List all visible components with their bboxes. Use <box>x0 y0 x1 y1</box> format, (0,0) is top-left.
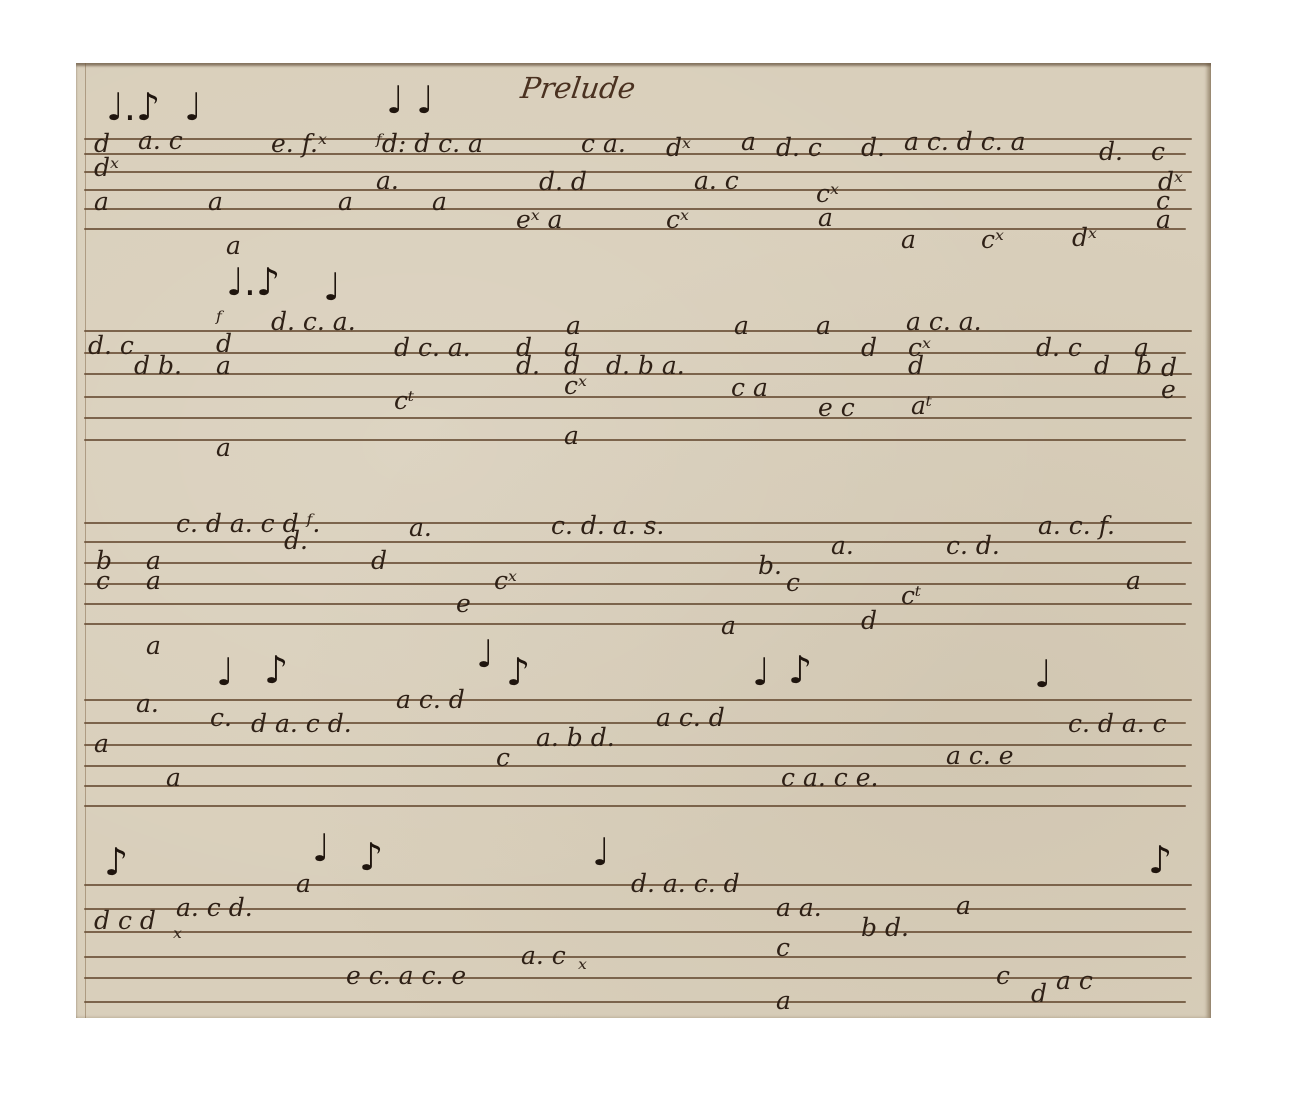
tablature-letter: a. <box>831 533 854 558</box>
staff-line <box>84 417 1192 419</box>
tablature-letter: a <box>818 205 833 230</box>
tablature-letter: c <box>96 568 110 593</box>
tablature-letter: a c <box>1056 968 1093 993</box>
tablature-letter: e c. a c. e <box>346 963 466 988</box>
tablature-letter: c <box>776 935 790 960</box>
rhythm-flag: ♩ <box>752 653 770 691</box>
tablature-letter: e. f.ˣ <box>271 131 327 156</box>
tablature-letter: a <box>741 129 756 154</box>
tablature-letter: a. c. f. <box>1038 513 1115 538</box>
tablature-letter: a. <box>136 691 159 716</box>
tablature-letter: cˣ <box>666 207 689 232</box>
staff-line <box>84 189 1186 191</box>
tablature-letter: c. d a. c <box>1068 711 1167 736</box>
staff-line <box>84 931 1192 933</box>
tablature-letter: c <box>496 745 510 770</box>
tablature-letter: a. c <box>138 128 183 153</box>
tablature-letter: a <box>776 988 791 1013</box>
tablature-letter: a <box>94 731 109 756</box>
staff-line <box>84 765 1186 767</box>
tablature-letter: d a. c d. <box>251 711 352 736</box>
tablature-letter: d <box>371 548 387 573</box>
tablature-letter: a a. <box>776 895 822 920</box>
tablature-letter: a <box>166 765 181 790</box>
rhythm-flag: ♩.♪ <box>106 88 160 126</box>
tablature-letter: a <box>816 313 831 338</box>
tablature-letter: a <box>338 189 353 214</box>
tablature-letter: a <box>734 313 749 338</box>
tablature-letter: a. c d. <box>176 895 253 920</box>
staff-line <box>84 785 1192 787</box>
staff-line <box>84 623 1186 625</box>
piece-title: Prelude <box>519 71 638 105</box>
tablature-letter: a <box>564 423 579 448</box>
tablature-letter: a <box>226 233 241 258</box>
tablature-letter: a <box>296 871 311 896</box>
tablature-letter: a <box>94 189 109 214</box>
rhythm-flag: ♪ <box>359 838 383 876</box>
staff-line <box>84 439 1186 441</box>
tablature-letter: a <box>1156 207 1171 232</box>
tablature-letter: dˣ <box>666 135 691 160</box>
tablature-letter: d <box>1031 981 1047 1006</box>
staff-line <box>84 541 1186 543</box>
tablature-letter: d <box>861 335 877 360</box>
rhythm-flag: ♩.♪ <box>226 263 280 301</box>
tablature-letter: a <box>1126 568 1141 593</box>
tablature-letter: c. d. a. s. <box>551 513 664 538</box>
rhythm-flag: ♪ <box>1148 841 1172 879</box>
tablature-letter: d. c <box>88 333 134 358</box>
staff-line <box>84 1001 1186 1003</box>
tablature-letter: eˣ a <box>516 207 563 232</box>
tablature-letter: a c. a. <box>906 309 982 334</box>
tablature-letter: c <box>786 570 800 595</box>
staff-line <box>84 562 1192 564</box>
tablature-letter: d. c <box>1036 335 1082 360</box>
tablature-letter: a <box>721 613 736 638</box>
manuscript-page: Prelude ♩.♪♩♩ ♩da. ce. f.ˣᶠd: d c. ac a.… <box>76 63 1211 1018</box>
tablature-letter: a <box>146 633 161 658</box>
tablature-letter: d. d <box>539 169 587 194</box>
tablature-letter: a. c <box>694 168 739 193</box>
tablature-letter: a <box>956 893 971 918</box>
rhythm-flag: ♩ <box>312 829 330 867</box>
rhythm-flag: ♩ ♩ <box>386 81 434 119</box>
tablature-letter: a. <box>409 515 432 540</box>
tablature-letter: d. b a. <box>606 353 685 378</box>
tablature-letter: b <box>1136 353 1152 378</box>
tablature-letter: d c d <box>94 908 156 933</box>
tablature-letter: a <box>146 568 161 593</box>
tablature-letter: cˣ <box>981 227 1004 252</box>
staff-line <box>84 805 1186 807</box>
tablature-letter: a c. d <box>656 705 725 730</box>
rhythm-flag: ♩ <box>1034 655 1052 693</box>
tablature-letter: e <box>456 591 471 616</box>
tablature-letter: e c <box>818 395 855 420</box>
staff-line <box>84 722 1186 724</box>
tablature-letter: ᶠd: d c. a <box>376 131 483 156</box>
rhythm-flag: ♪ <box>506 653 530 691</box>
tablature-letter: b d. <box>861 915 909 940</box>
tablature-letter: d. <box>284 528 308 553</box>
tablature-letter: c <box>996 963 1010 988</box>
tablature-letter: d. c <box>776 135 822 160</box>
rhythm-flag: ♪ <box>788 651 812 689</box>
rhythm-flag: ♩ <box>323 268 341 306</box>
tablature-letter: a <box>208 189 223 214</box>
tablature-letter: d. <box>861 135 885 160</box>
tablature-letter: cᵗ <box>394 388 414 413</box>
tablature-letter: dˣ <box>94 155 119 180</box>
rhythm-flag: ♩ <box>592 833 610 871</box>
staff-line <box>84 699 1192 701</box>
tablature-letter: d. c. a. <box>271 309 356 334</box>
tablature-letter: cˣ <box>494 568 517 593</box>
staff-line <box>84 138 1192 140</box>
tablature-letter: d <box>908 353 924 378</box>
rhythm-flag: ♩ <box>476 635 494 673</box>
tablature-letter: a c. e <box>946 743 1014 768</box>
staff-line <box>84 956 1186 958</box>
tablature-letter: a c. d c. a <box>904 129 1026 154</box>
rhythm-flag: ♩ <box>184 88 202 126</box>
rhythm-flag: ♪ <box>104 843 128 881</box>
staff-line <box>84 603 1192 605</box>
tablature-letter: a c. d <box>396 687 465 712</box>
tablature-letter: d b. <box>134 353 182 378</box>
staff-line <box>84 208 1192 210</box>
tablature-letter: ˣ <box>173 925 182 950</box>
tablature-letter: a <box>901 227 916 252</box>
tablature-letter: a. b d. <box>536 725 615 750</box>
tablature-letter: d. a. c. d <box>631 871 740 896</box>
staff-line <box>84 977 1192 979</box>
tablature-letter: a <box>432 189 447 214</box>
tablature-letter: a <box>216 435 231 460</box>
tablature-letter: a. <box>376 168 399 193</box>
tablature-letter: d. <box>516 353 540 378</box>
tablature-letter: c a. c e. <box>781 765 878 790</box>
tablature-letter: c <box>1151 139 1165 164</box>
staff-line <box>84 583 1186 585</box>
tablature-letter: d c. a. <box>394 335 471 360</box>
tablature-letter: d <box>1094 353 1110 378</box>
tablature-letter: c a. <box>581 131 626 156</box>
rhythm-flag: ♩ <box>216 653 234 691</box>
tablature-letter: d <box>861 608 877 633</box>
tablature-letter: c a <box>731 375 768 400</box>
staff-line <box>84 171 1192 173</box>
staff-line <box>84 330 1192 332</box>
tablature-letter: d. <box>1099 139 1123 164</box>
tablature-letter: e <box>1161 377 1176 402</box>
tablature-letter: c. <box>210 705 232 730</box>
staff-line <box>84 744 1192 746</box>
tablature-letter: ˣ <box>578 956 587 981</box>
tablature-letter: a. c <box>521 943 566 968</box>
staff-line <box>84 396 1186 398</box>
tablature-letter: dˣ <box>1072 225 1097 250</box>
tablature-letter: cˣ <box>564 373 587 398</box>
tablature-letter: aᵗ <box>911 393 932 418</box>
staff-line <box>84 228 1186 230</box>
tablature-letter: cᵗ <box>901 583 921 608</box>
tablature-letter: a <box>216 353 231 378</box>
tablature-letter: c. d. <box>946 533 1000 558</box>
tablature-letter: b. <box>758 553 782 578</box>
rhythm-flag: ♪ <box>264 651 288 689</box>
